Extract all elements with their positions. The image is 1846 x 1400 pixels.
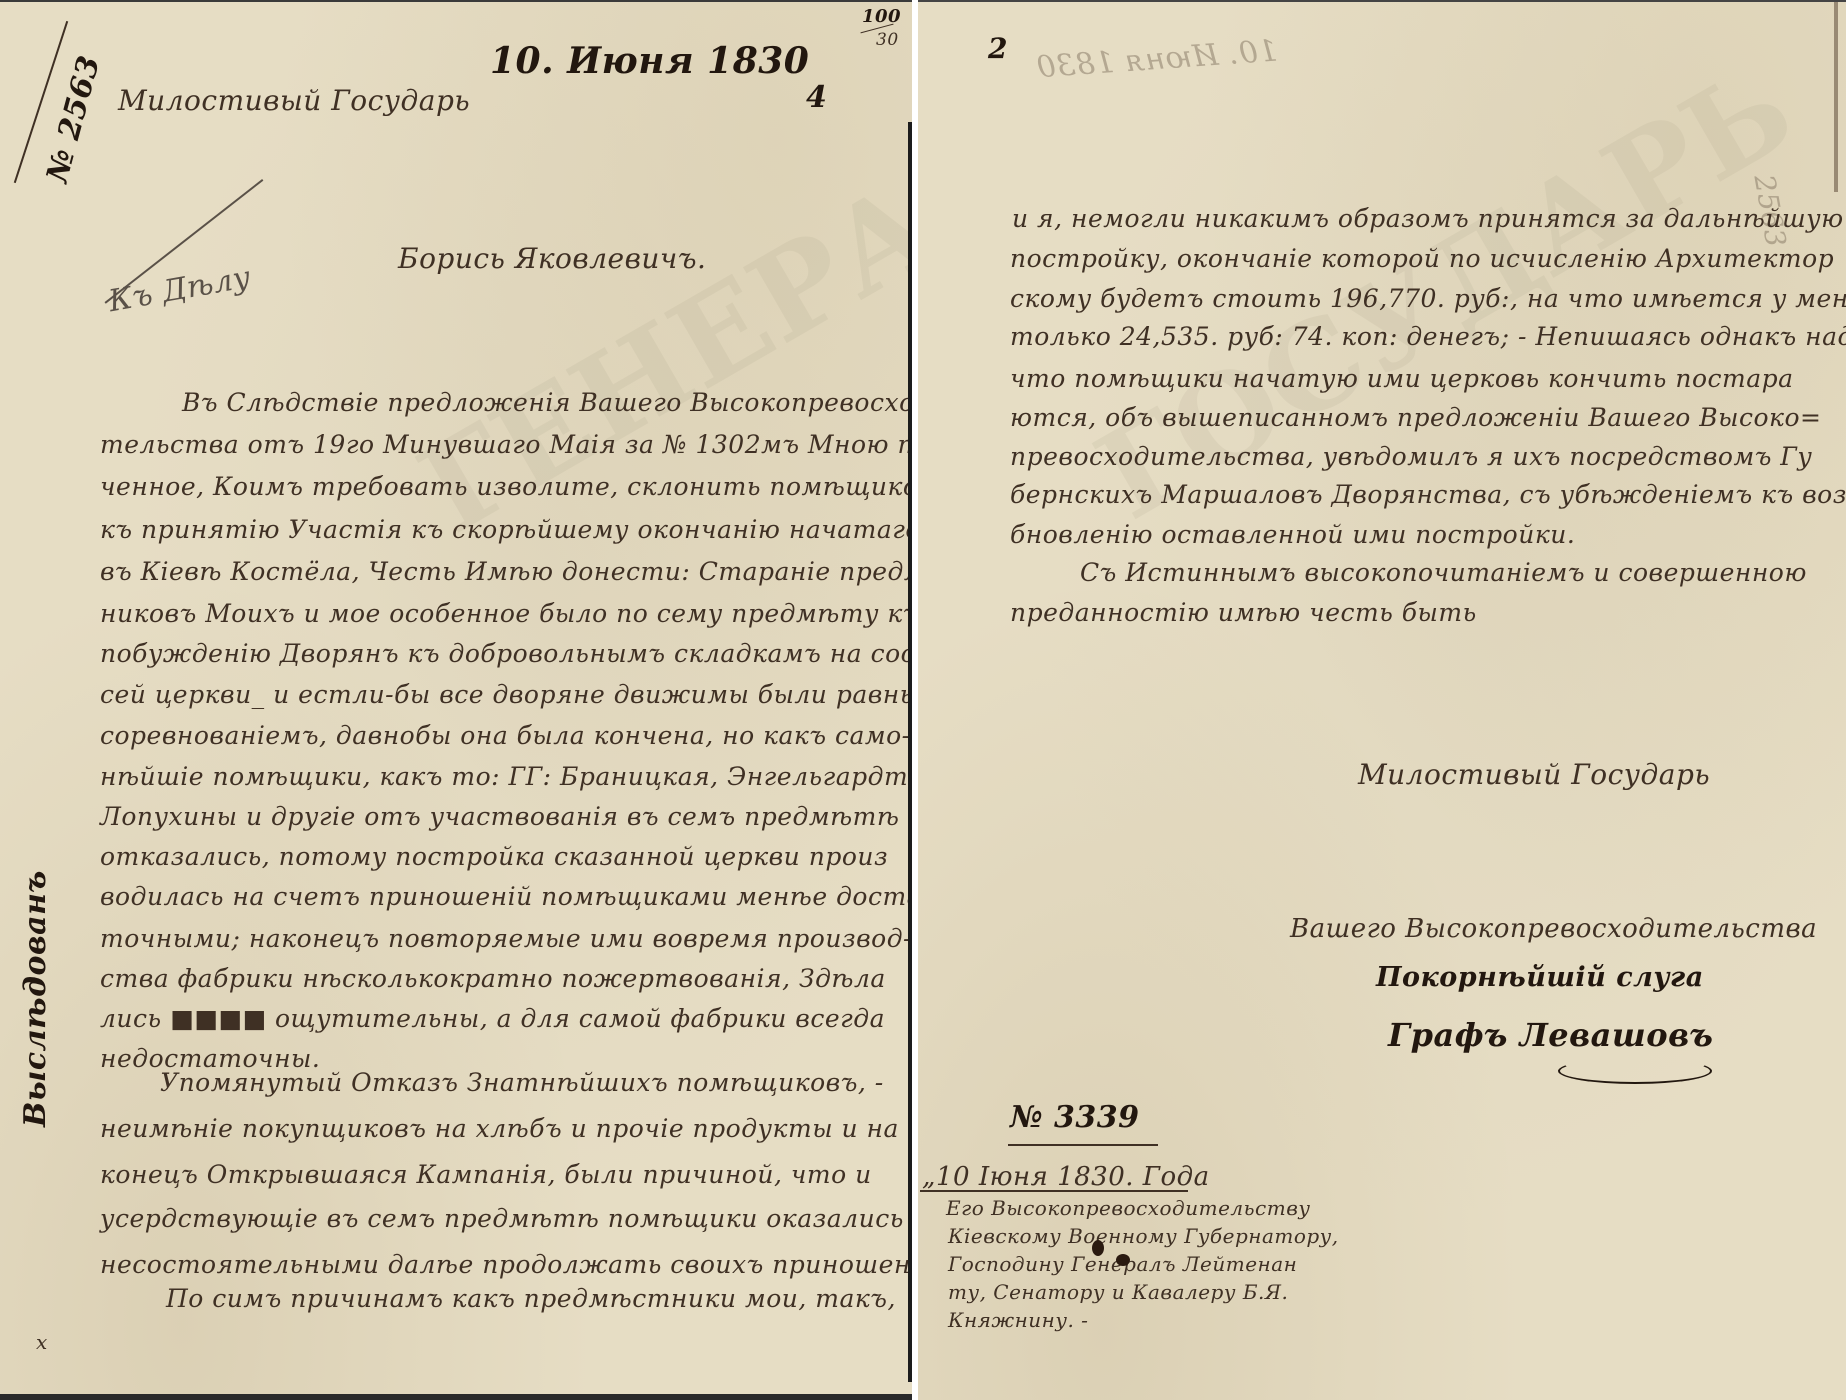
folio-fraction-top: 100 xyxy=(862,6,901,27)
faint-date-bleedthrough: 10. Июня 1830 xyxy=(1035,34,1279,86)
signature: Графъ Левашовъ xyxy=(1388,1016,1713,1054)
body-line: превосходительства, увѣдомилъ я ихъ поср… xyxy=(1010,442,1812,471)
margin-note-vertical: Выслѣдованъ xyxy=(18,870,53,1127)
body-line: соревнованіемъ, давнобы она была кончена… xyxy=(100,721,912,750)
body-line: тельства отъ 19го Минувшаго Маія за № 13… xyxy=(100,430,912,459)
outgoing-date-underline xyxy=(920,1190,1188,1192)
body-line: Въ Слѣдствіе предложенія Вашего Высокопр… xyxy=(182,388,912,417)
body-line: ства фабрики нѣсколькократно пожертвован… xyxy=(100,964,886,993)
address-line: Его Высокопревосходительству xyxy=(946,1196,1310,1220)
body-line: конецъ Открывшаяся Кампанія, были причин… xyxy=(100,1160,872,1189)
addressee-name: Борись Яковлевичъ. xyxy=(398,242,706,275)
ink-blot xyxy=(1116,1254,1130,1266)
outgoing-date: „10 Іюня 1830. Года xyxy=(922,1162,1210,1192)
body-line: несостоятельными далѣе продолжать своихъ… xyxy=(100,1250,912,1279)
body-line: нѣйшіе помѣщики, какъ то: ГГ: Браницкая,… xyxy=(100,762,912,791)
closing-servant: Покорнѣйшій слуга xyxy=(1376,962,1704,993)
body-line: только 24,535. руб: 74. коп: денегъ; - Н… xyxy=(1010,322,1846,351)
bottom-mark: x xyxy=(36,1330,48,1354)
body-line: По симъ причинамъ какъ предмѣстники мои,… xyxy=(166,1284,896,1313)
pencil-note: Къ Дѣлу xyxy=(106,260,254,319)
body-line: ются, объ вышеписанномъ предложеніи Ваше… xyxy=(1010,403,1821,432)
body-line: ченное, Коимъ требовать изволите, склони… xyxy=(100,472,912,501)
body-line: въ Кіевѣ Костёла, Честь Имѣю донести: Ст… xyxy=(100,557,912,586)
address-line: Кіевскому Военному Губернатору, xyxy=(948,1224,1339,1248)
salutation: Милостивый Государь xyxy=(118,84,470,117)
outgoing-number-underline xyxy=(1008,1144,1158,1146)
body-line: преданностію имѣю честь быть xyxy=(1010,598,1477,627)
body-line: скому будетъ стоить 196,770. руб:, на чт… xyxy=(1010,284,1846,313)
body-line: точными; наконецъ повторяемые ими воврем… xyxy=(100,924,912,953)
letter-page-left: ГЕНЕРАЛЪ № 2563 10. Июня 1830 100 30 4 М… xyxy=(0,0,912,1400)
letter-page-right: ГОСУДАРЬ 2 10. Июня 1830 2563 и я, немог… xyxy=(918,0,1846,1400)
body-line: и я, немогли никакимъ образомъ принятся … xyxy=(1012,204,1844,233)
closing-title: Вашего Высокопревосходительства xyxy=(1290,914,1817,944)
body-line: къ принятію Участія къ скорѣйшему оконча… xyxy=(100,515,912,544)
body-line: что помѣщики начатую ими церковь кончить… xyxy=(1010,364,1794,393)
body-line: усердствующіе въ семъ предмѣтѣ помѣщики … xyxy=(100,1204,904,1233)
signature-flourish xyxy=(1558,1058,1712,1084)
address-line: ту, Сенатору и Кавалеру Б.Я. xyxy=(948,1280,1288,1304)
body-line: Лопухины и другіе отъ участвованія въ се… xyxy=(100,802,899,831)
body-line: постройку, окончаніе которой по исчислен… xyxy=(1010,244,1834,273)
outgoing-number: № 3339 xyxy=(1010,1100,1140,1135)
body-line: Упомянутый Отказъ Знатнѣйшихъ помѣщиковъ… xyxy=(160,1068,884,1097)
ink-blot xyxy=(1092,1240,1104,1256)
body-line: побужденію Дворянъ къ добровольнымъ скла… xyxy=(100,639,912,668)
body-line: никовъ Моихъ и мое особенное было по сем… xyxy=(100,599,912,628)
body-line: водилась на счетъ приношеній помѣщиками … xyxy=(100,882,912,911)
sheet-number: 4 xyxy=(806,80,827,115)
address-line: Княжнину. - xyxy=(948,1308,1088,1332)
body-line: отказались, потому постройка сказанной ц… xyxy=(100,842,888,871)
body-line: сей церкви_ и естли-бы все дворяне движи… xyxy=(100,680,912,709)
folio-fraction-bottom: 30 xyxy=(876,30,899,50)
corner-mark-left: 2 xyxy=(988,32,1008,65)
body-line: бновленію оставленной ими постройки. xyxy=(1010,520,1575,549)
date-header: 10. Июня 1830 xyxy=(490,40,809,82)
body-line: бернскихъ Маршаловъ Дворянства, съ убѣжд… xyxy=(1010,480,1846,509)
body-line: Съ Истиннымъ высокопочитаніемъ и соверше… xyxy=(1080,558,1807,587)
body-line: неимѣніе покупщиковъ на хлѣбъ и прочіе п… xyxy=(100,1114,899,1143)
closing-salutation: Милостивый Государь xyxy=(1358,758,1710,791)
body-line: лись ■■■■ ощутительны, а для самой фабри… xyxy=(100,1004,885,1033)
